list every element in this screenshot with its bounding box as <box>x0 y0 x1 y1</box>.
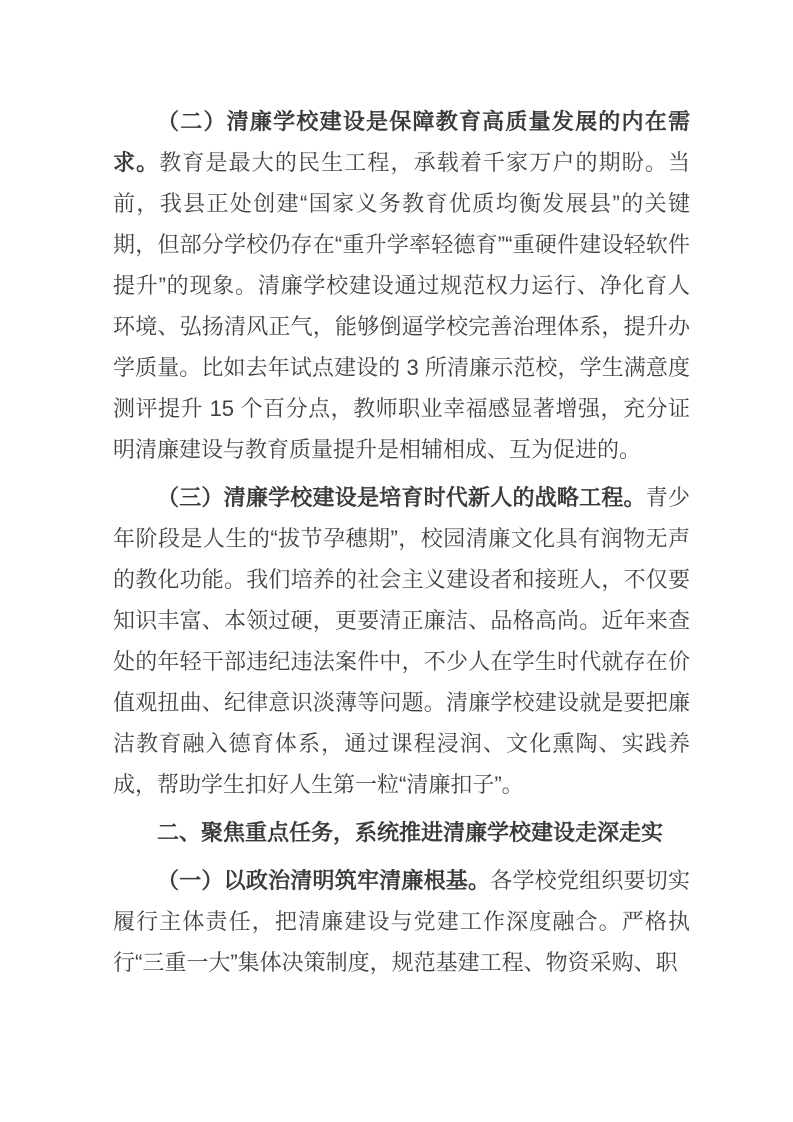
paragraph-3-text: 青少年阶段是人生的“拔节孕穗期”，校园清廉文化具有润物无声的教化功能。我们培养的… <box>113 485 690 797</box>
section-heading-2-label: 二、聚焦重点任务，系统推进清廉学校建设走深走实 <box>157 820 663 845</box>
paragraph-3-bold-lead: （三）清廉学校建设是培育时代新人的战略工程。 <box>157 485 646 510</box>
paragraph-3: （三）清廉学校建设是培育时代新人的战略工程。青少年阶段是人生的“拔节孕穗期”，校… <box>113 477 690 805</box>
paragraph-2: （二）清廉学校建设是保障教育高质量发展的内在需求。教育是最大的民生工程，承载着千… <box>113 101 690 470</box>
paragraph-1-bold-lead: （一）以政治清明筑牢清廉根基。 <box>157 868 490 893</box>
section-heading-2: 二、聚焦重点任务，系统推进清廉学校建设走深走实 <box>113 812 690 853</box>
paragraph-2-text: 教育是最大的民生工程，承载着千家万户的期盼。当前，我县正处创建“国家义务教育优质… <box>113 150 690 462</box>
paragraph-1: （一）以政治清明筑牢清廉根基。各学校党组织要切实履行主体责任，把清廉建设与党建工… <box>113 860 690 983</box>
document-page: （二）清廉学校建设是保障教育高质量发展的内在需求。教育是最大的民生工程，承载着千… <box>0 0 793 1122</box>
